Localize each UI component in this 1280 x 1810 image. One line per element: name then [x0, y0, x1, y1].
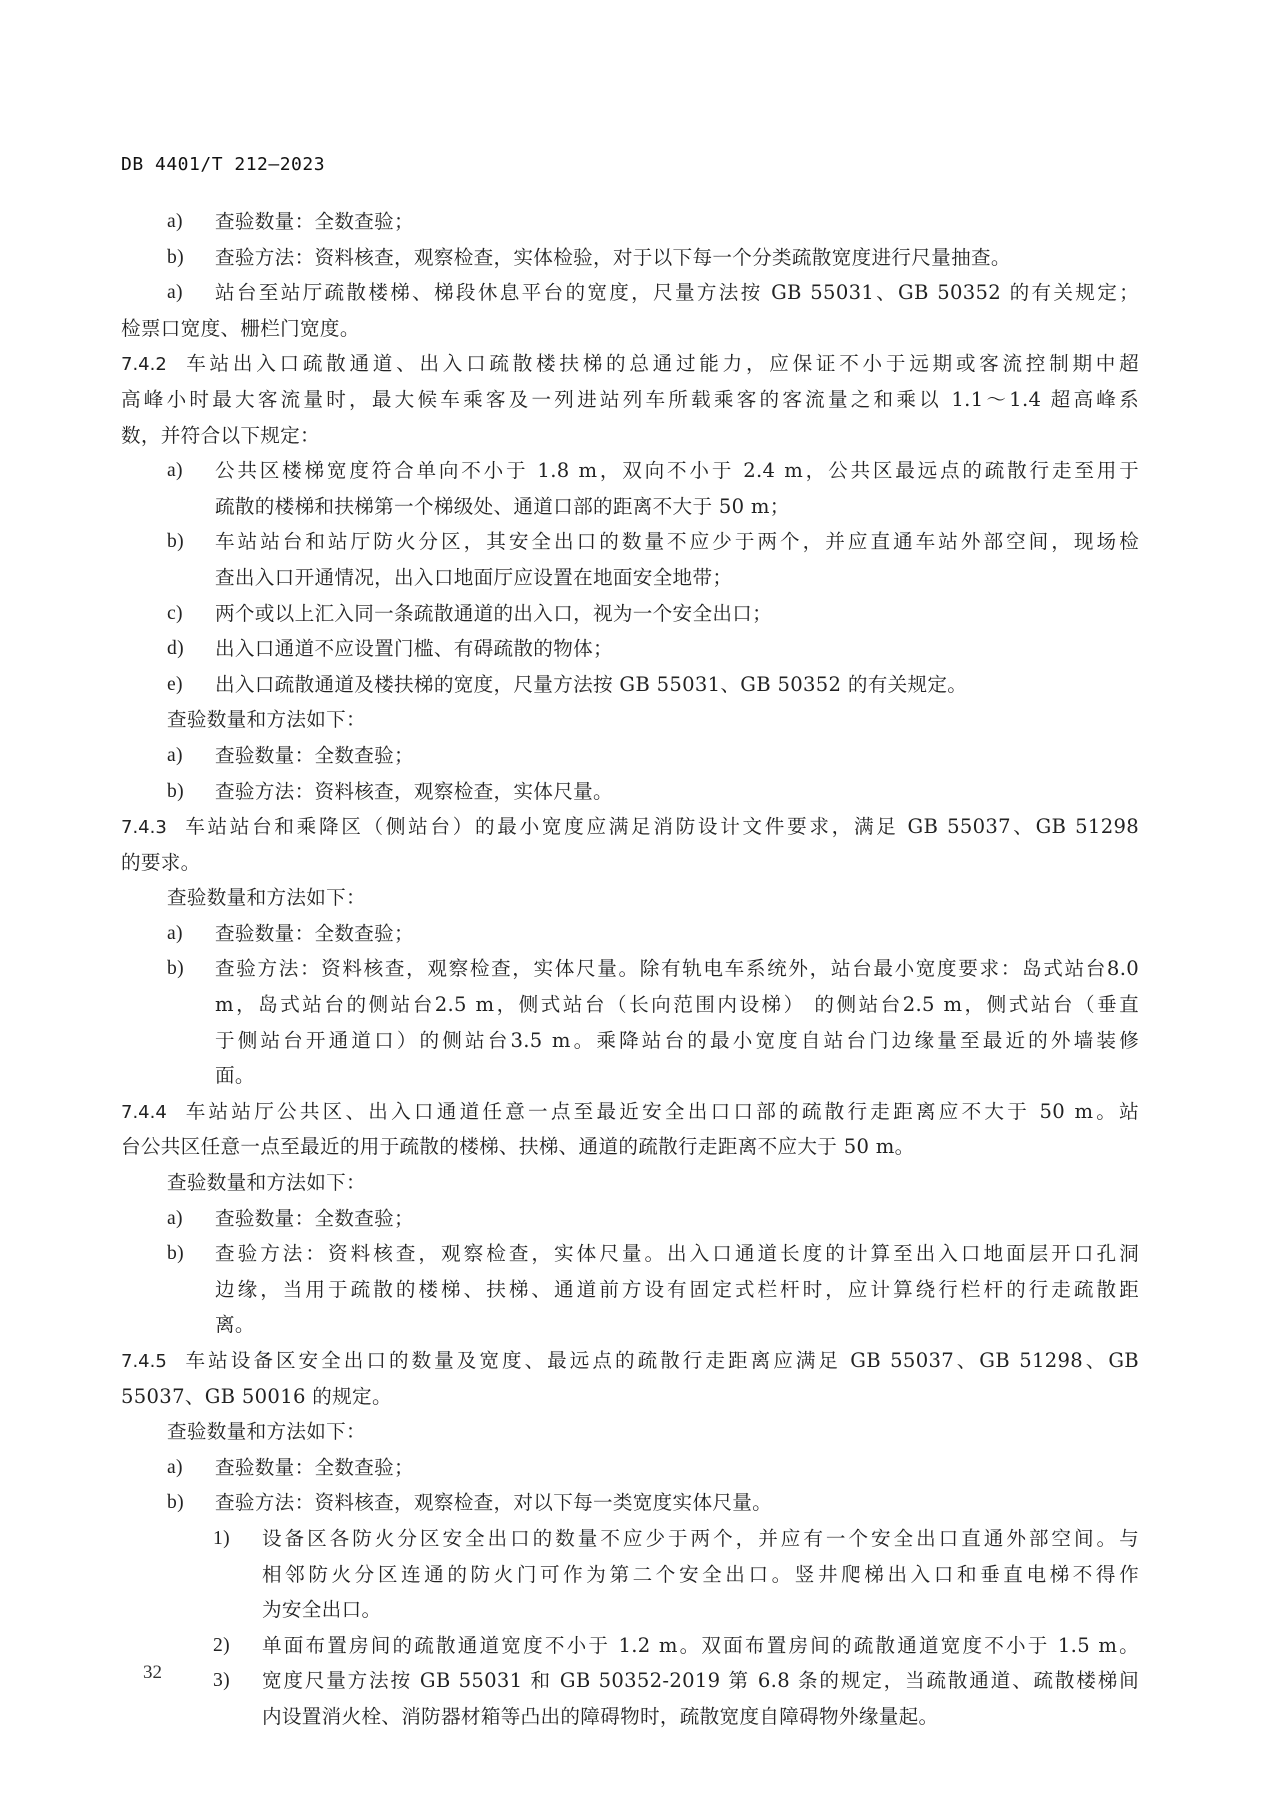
line-text: 车站站台和乘降区（侧站台）的最小宽度应满足消防设计文件要求，满足 GB 5503… — [183, 815, 1139, 838]
line-text: 出入口通道不应设置门槛、有碍疏散的物体； — [215, 637, 613, 660]
paragraph-line: 高峰小时最大客流量时，最大候车乘客及一列进站列车所载乘客的客流量之和乘以 1.1… — [121, 382, 1139, 418]
line-text: 查验方法：资料核查，观察检查，实体尺量。出入口通道长度的计算至出入口地面层开口孔… — [215, 1242, 1139, 1265]
line-text: 查验数量：全数查验； — [215, 1456, 414, 1479]
list-item-label: b) — [167, 951, 184, 987]
list-item-label: 3) — [213, 1663, 230, 1699]
paragraph-line: 台公共区任意一点至最近的用于疏散的楼梯、扶梯、通道的疏散行走距离不应大于 50 … — [121, 1129, 1139, 1165]
line-text: 于侧站台开通道口）的侧站台3.5 m。乘降站台的最小宽度自站台门边缘量至最近的外… — [215, 1029, 1139, 1052]
line-text: 查验方法：资料核查，观察检查，实体尺量。除有轨电车系统外，站台最小宽度要求：岛式… — [215, 957, 1139, 980]
line-text: 车站设备区安全出口的数量及宽度、最远点的疏散行走距离应满足 GB 55037、G… — [183, 1349, 1139, 1372]
paragraph-line: 数，并符合以下规定： — [121, 418, 1139, 454]
line-text: 车站站台和站厅防火分区，其安全出口的数量不应少于两个，并应直通车站外部空间，现场… — [215, 530, 1139, 553]
line-text: 面。 — [215, 1064, 255, 1087]
list-item: 1)设备区各防火分区安全出口的数量不应少于两个，并应有一个安全出口直通外部空间。… — [121, 1521, 1139, 1557]
list-item-continuation: 面。 — [121, 1058, 1139, 1094]
list-item-continuation: 内设置消火栓、消防器材箱等凸出的障碍物时，疏散宽度自障碍物外缘量起。 — [121, 1699, 1139, 1735]
list-item: a)查验数量：全数查验； — [121, 204, 1139, 240]
line-text: 查出入口开通情况，出入口地面厅应设置在地面安全地带； — [215, 566, 732, 589]
list-item-continuation: 为安全出口。 — [121, 1592, 1139, 1628]
inspection-intro: 查验数量和方法如下： — [121, 702, 1139, 738]
list-item: b)查验方法：资料核查，观察检查，对以下每一类宽度实体尺量。 — [121, 1485, 1139, 1521]
list-item-label: a) — [167, 453, 183, 489]
line-text: 查验方法：资料核查，观察检查，实体尺量。 — [215, 780, 613, 803]
line-text: 宽度尺量方法按 GB 55031 和 GB 50352-2019 第 6.8 条… — [262, 1669, 1139, 1692]
line-text: 查验数量：全数查验； — [215, 922, 414, 945]
list-item: b)查验方法：资料核查，观察检查，实体尺量。 — [121, 774, 1139, 810]
line-text: 站台至站厅疏散楼梯、梯段休息平台的宽度，尺量方法按 GB 55031、GB 50… — [215, 281, 1139, 304]
paragraph-line: 检票口宽度、栅栏门宽度。 — [121, 311, 1139, 347]
list-item-label: 2) — [213, 1628, 230, 1664]
section-number: 7.4.4 — [121, 1102, 167, 1123]
section-heading-line: 7.4.2车站出入口疏散通道、出入口疏散楼扶梯的总通过能力，应保证不小于远期或客… — [121, 346, 1139, 382]
document-number-header: DB 4401/T 212—2023 — [121, 154, 325, 175]
inspection-intro: 查验数量和方法如下： — [121, 1165, 1139, 1201]
list-item: a)公共区楼梯宽度符合单向不小于 1.8 m，双向不小于 2.4 m，公共区最远… — [121, 453, 1139, 489]
list-item-label: a) — [167, 204, 183, 240]
list-item: a)查验数量：全数查验； — [121, 738, 1139, 774]
list-item: e)出入口疏散通道及楼扶梯的宽度，尺量方法按 GB 55031、GB 50352… — [121, 667, 1139, 703]
line-text: 公共区楼梯宽度符合单向不小于 1.8 m，双向不小于 2.4 m，公共区最远点的… — [215, 459, 1139, 482]
list-item-label: 1) — [213, 1521, 230, 1557]
line-text: 设备区各防火分区安全出口的数量不应少于两个，并应有一个安全出口直通外部空间。与 — [262, 1527, 1139, 1550]
list-item-label: a) — [167, 1201, 183, 1237]
list-item-label: b) — [167, 774, 184, 810]
list-item-label: b) — [167, 240, 184, 276]
line-text: 查验数量和方法如下： — [167, 708, 366, 731]
page-number: 32 — [143, 1662, 162, 1684]
paragraph-line: 的要求。 — [121, 845, 1139, 881]
section-number: 7.4.3 — [121, 817, 167, 838]
list-item-label: d) — [167, 631, 184, 667]
line-text: 查验数量：全数查验； — [215, 744, 414, 767]
list-item: c)两个或以上汇入同一条疏散通道的出入口，视为一个安全出口； — [121, 596, 1139, 632]
list-item: a)站台至站厅疏散楼梯、梯段休息平台的宽度，尺量方法按 GB 55031、GB … — [121, 275, 1139, 311]
line-text: 相邻防火分区连通的防火门可作为第二个安全出口。竖井爬梯出入口和垂直电梯不得作 — [262, 1563, 1139, 1586]
line-text: 查验方法：资料核查，观察检查，对以下每一类宽度实体尺量。 — [215, 1491, 772, 1514]
line-text: 的要求。 — [121, 851, 201, 874]
line-text: 单面布置房间的疏散通道宽度不小于 1.2 m。双面布置房间的疏散通道宽度不小于 … — [262, 1634, 1139, 1657]
section-number: 7.4.5 — [121, 1351, 167, 1372]
list-item-label: a) — [167, 275, 183, 311]
line-text: 离。 — [215, 1313, 255, 1336]
line-text: 车站站厅公共区、出入口通道任意一点至最近安全出口口部的疏散行走距离应不大于 50… — [183, 1100, 1139, 1123]
list-item-continuation: m，岛式站台的侧站台2.5 m，侧式站台（长向范围内设梯） 的侧站台2.5 m，… — [121, 987, 1139, 1023]
inspection-intro: 查验数量和方法如下： — [121, 880, 1139, 916]
line-text: 为安全出口。 — [262, 1598, 381, 1621]
list-item-label: c) — [167, 596, 183, 632]
line-text: 查验数量和方法如下： — [167, 1171, 366, 1194]
list-item-label: e) — [167, 667, 183, 703]
section-number: 7.4.2 — [121, 354, 167, 375]
line-text: 台公共区任意一点至最近的用于疏散的楼梯、扶梯、通道的疏散行走距离不应大于 50 … — [121, 1135, 915, 1158]
document-page: DB 4401/T 212—2023 a)查验数量：全数查验；b)查验方法：资料… — [0, 0, 1280, 1810]
line-text: 车站出入口疏散通道、出入口疏散楼扶梯的总通过能力，应保证不小于远期或客流控制期中… — [183, 352, 1139, 375]
list-item: b)车站站台和站厅防火分区，其安全出口的数量不应少于两个，并应直通车站外部空间，… — [121, 524, 1139, 560]
list-item-continuation: 离。 — [121, 1307, 1139, 1343]
line-text: 疏散的楼梯和扶梯第一个梯级处、通道口部的距离不大于 50 m； — [215, 495, 790, 518]
line-text: 数，并符合以下规定： — [121, 424, 320, 447]
line-text: 内设置消火栓、消防器材箱等凸出的障碍物时，疏散宽度自障碍物外缘量起。 — [262, 1705, 938, 1728]
line-text: 边缘，当用于疏散的楼梯、扶梯、通道前方设有固定式栏杆时，应计算绕行栏杆的行走疏散… — [215, 1278, 1139, 1301]
list-item: a)查验数量：全数查验； — [121, 1201, 1139, 1237]
line-text: 高峰小时最大客流量时，最大候车乘客及一列进站列车所载乘客的客流量之和乘以 1.1… — [121, 388, 1139, 411]
line-text: 检票口宽度、栅栏门宽度。 — [121, 317, 360, 340]
list-item: b)查验方法：资料核查，观察检查，实体尺量。除有轨电车系统外，站台最小宽度要求：… — [121, 951, 1139, 987]
list-item: d)出入口通道不应设置门槛、有碍疏散的物体； — [121, 631, 1139, 667]
list-item-label: a) — [167, 1450, 183, 1486]
list-item: a)查验数量：全数查验； — [121, 916, 1139, 952]
section-heading-line: 7.4.3车站站台和乘降区（侧站台）的最小宽度应满足消防设计文件要求，满足 GB… — [121, 809, 1139, 845]
line-text: 55037、GB 50016 的规定。 — [121, 1385, 392, 1408]
document-body: a)查验数量：全数查验；b)查验方法：资料核查，观察检查，实体检验，对于以下每一… — [121, 204, 1139, 1735]
paragraph-line: 55037、GB 50016 的规定。 — [121, 1379, 1139, 1415]
list-item-continuation: 查出入口开通情况，出入口地面厅应设置在地面安全地带； — [121, 560, 1139, 596]
list-item: 2)单面布置房间的疏散通道宽度不小于 1.2 m。双面布置房间的疏散通道宽度不小… — [121, 1628, 1139, 1664]
section-heading-line: 7.4.5车站设备区安全出口的数量及宽度、最远点的疏散行走距离应满足 GB 55… — [121, 1343, 1139, 1379]
line-text: 查验方法：资料核查，观察检查，实体检验，对于以下每一个分类疏散宽度进行尺量抽查。 — [215, 246, 1011, 269]
line-text: 查验数量：全数查验； — [215, 210, 414, 233]
line-text: m，岛式站台的侧站台2.5 m，侧式站台（长向范围内设梯） 的侧站台2.5 m，… — [215, 993, 1139, 1016]
section-heading-line: 7.4.4车站站厅公共区、出入口通道任意一点至最近安全出口口部的疏散行走距离应不… — [121, 1094, 1139, 1130]
line-text: 查验数量和方法如下： — [167, 1420, 366, 1443]
list-item-continuation: 相邻防火分区连通的防火门可作为第二个安全出口。竖井爬梯出入口和垂直电梯不得作 — [121, 1557, 1139, 1593]
list-item: 3)宽度尺量方法按 GB 55031 和 GB 50352-2019 第 6.8… — [121, 1663, 1139, 1699]
list-item-label: a) — [167, 916, 183, 952]
line-text: 出入口疏散通道及楼扶梯的宽度，尺量方法按 GB 55031、GB 50352 的… — [215, 673, 967, 696]
line-text: 查验数量和方法如下： — [167, 886, 366, 909]
list-item-continuation: 于侧站台开通道口）的侧站台3.5 m。乘降站台的最小宽度自站台门边缘量至最近的外… — [121, 1023, 1139, 1059]
line-text: 查验数量：全数查验； — [215, 1207, 414, 1230]
list-item-label: b) — [167, 524, 184, 560]
list-item-label: b) — [167, 1236, 184, 1272]
list-item-continuation: 边缘，当用于疏散的楼梯、扶梯、通道前方设有固定式栏杆时，应计算绕行栏杆的行走疏散… — [121, 1272, 1139, 1308]
list-item-label: b) — [167, 1485, 184, 1521]
list-item-label: a) — [167, 738, 183, 774]
list-item: a)查验数量：全数查验； — [121, 1450, 1139, 1486]
inspection-intro: 查验数量和方法如下： — [121, 1414, 1139, 1450]
list-item: b)查验方法：资料核查，观察检查，实体尺量。出入口通道长度的计算至出入口地面层开… — [121, 1236, 1139, 1272]
line-text: 两个或以上汇入同一条疏散通道的出入口，视为一个安全出口； — [215, 602, 772, 625]
list-item: b)查验方法：资料核查，观察检查，实体检验，对于以下每一个分类疏散宽度进行尺量抽… — [121, 240, 1139, 276]
list-item-continuation: 疏散的楼梯和扶梯第一个梯级处、通道口部的距离不大于 50 m； — [121, 489, 1139, 525]
